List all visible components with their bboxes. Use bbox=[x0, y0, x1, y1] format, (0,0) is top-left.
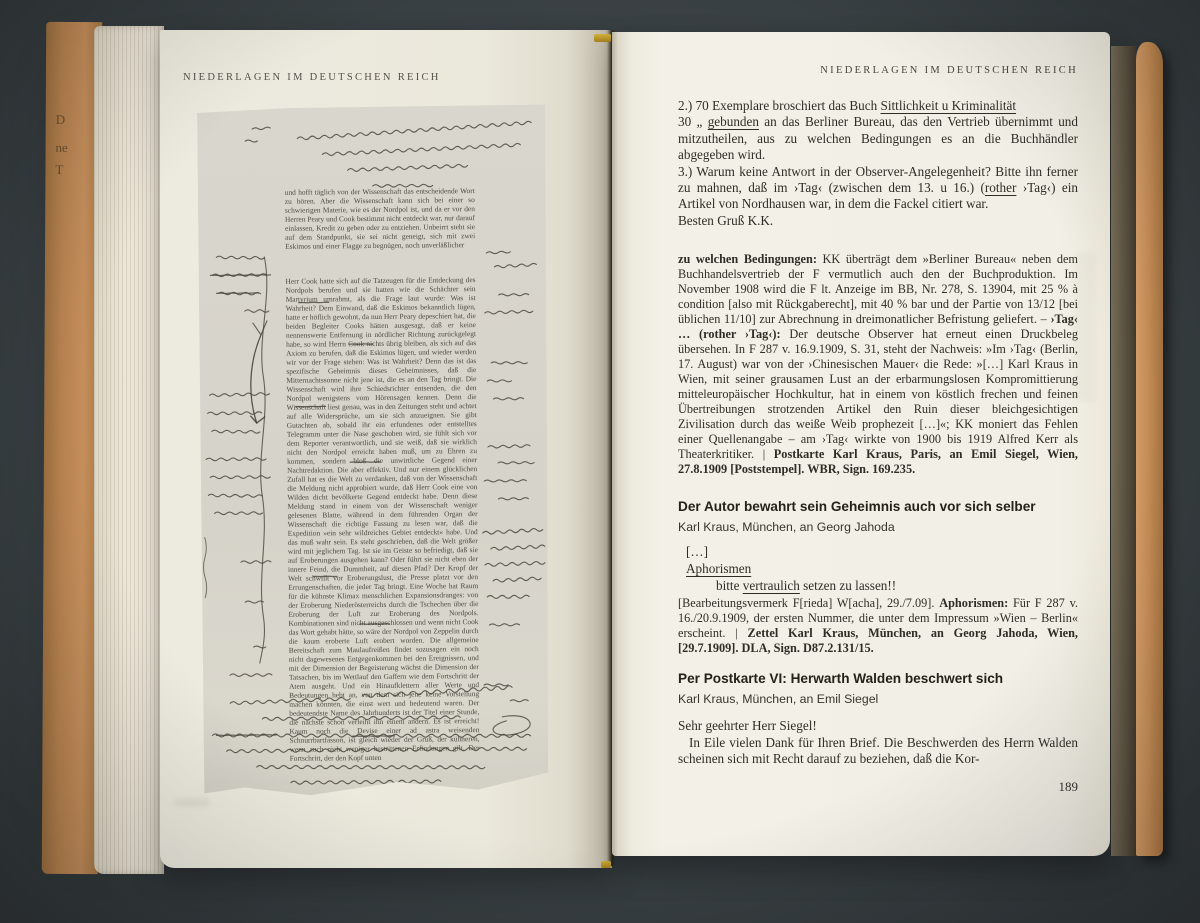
book: D ne T NIEDERLAGEN IM DEUTSCHEN REICH un… bbox=[0, 0, 1200, 923]
right-page: NIEDERLAGEN IM DEUTSCHEN REICH 2.) 70 Ex… bbox=[612, 32, 1110, 856]
letter-line: 30 „ gebunden an das Berliner Bureau, da… bbox=[678, 114, 1078, 163]
quote-line: Aphorismen bbox=[686, 560, 1066, 577]
cover-edge-letter: D bbox=[56, 112, 65, 128]
running-head-right: NIEDERLAGEN IM DEUTSCHEN REICH bbox=[678, 65, 1078, 76]
show-through-smudge bbox=[174, 798, 210, 807]
cover-edge-letter: ne bbox=[56, 140, 68, 156]
commentary-apparatus: zu welchen Bedingungen: KK überträgt dem… bbox=[678, 252, 1078, 477]
quote-line: bitte vertraulich setzen zu lassen!! bbox=[686, 577, 1066, 594]
right-page-block-edge bbox=[1111, 46, 1136, 856]
left-page: NIEDERLAGEN IM DEUTSCHEN REICH und hofft… bbox=[160, 30, 612, 868]
letter-salutation: Sehr geehrter Herr Siegel! bbox=[678, 718, 1078, 735]
letter-line: 2.) 70 Exemplare broschiert das Buch Sit… bbox=[678, 98, 1078, 114]
letter-body: Sehr geehrter Herr Siegel! In Eile viele… bbox=[678, 718, 1078, 768]
headband-top bbox=[594, 34, 611, 42]
section-heading: Per Postkarte VI: Herwarth Walden beschw… bbox=[678, 671, 1098, 686]
cover-edge-letter: T bbox=[55, 162, 63, 178]
section-subtitle: Karl Kraus, München, an Georg Jahoda bbox=[678, 520, 1098, 534]
section-heading: Der Autor bewahrt sein Geheimnis auch vo… bbox=[678, 499, 1098, 514]
letter-line: 3.) Warum keine Antwort in der Observer-… bbox=[678, 164, 1078, 213]
right-cover-edge bbox=[1136, 42, 1163, 856]
handwritten-annotations bbox=[197, 104, 551, 797]
letter-paragraph: In Eile vielen Dank für Ihren Brief. Die… bbox=[678, 735, 1078, 768]
quote-line: […] bbox=[686, 543, 1066, 560]
page-number: 189 bbox=[678, 779, 1078, 795]
section-subtitle: Karl Kraus, München, an Emil Siegel bbox=[678, 692, 1098, 706]
running-head-left: NIEDERLAGEN IM DEUTSCHEN REICH bbox=[183, 72, 441, 83]
left-page-edges bbox=[94, 26, 164, 874]
manuscript-facsimile: und hofft täglich von der Wissenschaft d… bbox=[197, 104, 551, 797]
letter-excerpt: 2.) 70 Exemplare broschiert das Buch Sit… bbox=[678, 98, 1078, 229]
photo-background: D ne T NIEDERLAGEN IM DEUTSCHEN REICH un… bbox=[0, 0, 1200, 923]
headband-bottom bbox=[601, 861, 611, 868]
show-through-smudge bbox=[1074, 252, 1096, 402]
letter-closing: Besten Gruß K.K. bbox=[678, 213, 1078, 229]
commentary-apparatus: [Bearbeitungsvermerk F[rieda] W[acha], 2… bbox=[678, 596, 1078, 656]
quote-block: […] Aphorismen bitte vertraulich setzen … bbox=[686, 543, 1066, 594]
